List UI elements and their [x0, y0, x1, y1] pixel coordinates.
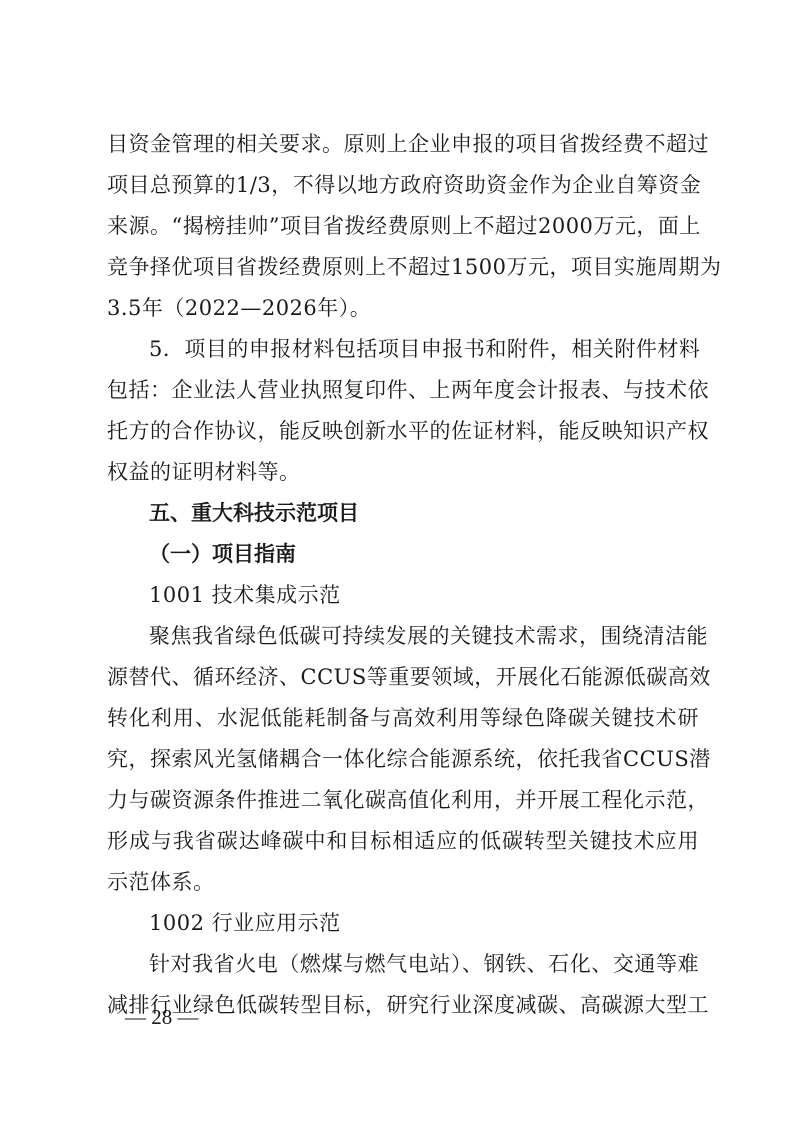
- text-line: 包括：企业法人营业执照复印件、上两年度会计报表、与技术依: [107, 370, 699, 411]
- page-number: — 28 —: [125, 1005, 199, 1030]
- text-line: 权益的证明材料等。: [107, 452, 699, 493]
- text-line: 竞争择优项目省拨经费原则上不超过1500万元，项目实施周期为: [107, 247, 699, 288]
- text-line: 源替代、循环经济、CCUS等重要领域，开展化石能源低碳高效: [107, 657, 699, 698]
- item-heading: 1002 行业应用示范: [107, 903, 699, 944]
- text-line: 形成与我省碳达峰碳中和目标相适应的低碳转型关键技术应用: [107, 821, 699, 862]
- text-line: 来源。“揭榜挂帅”项目省拨经费原则上不超过2000万元，面上: [107, 206, 699, 247]
- text-line: 转化利用、水泥低能耗制备与高效利用等绿色降碳关键技术研: [107, 698, 699, 739]
- section-heading: 五、重大科技示范项目: [107, 493, 699, 534]
- subsection-heading: （一）项目指南: [107, 534, 699, 575]
- text-line: 3.5年（2022—2026年）。: [107, 288, 699, 329]
- text-line: 究，探索风光氢储耦合一体化综合能源系统，依托我省CCUS潜: [107, 739, 699, 780]
- item-heading: 1001 技术集成示范: [107, 575, 699, 616]
- text-line: 项目总预算的1/3，不得以地方政府资助资金作为企业自筹资金: [107, 165, 699, 206]
- text-line: 聚焦我省绿色低碳可持续发展的关键技术需求，围绕清洁能: [107, 616, 699, 657]
- text-line: 示范体系。: [107, 862, 699, 903]
- document-page: 目资金管理的相关要求。原则上企业申报的项目省拨经费不超过 项目总预算的1/3，不…: [107, 124, 699, 1026]
- text-line: 托方的合作协议，能反映创新水平的佐证材料，能反映知识产权: [107, 411, 699, 452]
- text-line: 5．项目的申报材料包括项目申报书和附件，相关附件材料: [107, 329, 699, 370]
- text-line: 目资金管理的相关要求。原则上企业申报的项目省拨经费不超过: [107, 124, 699, 165]
- text-line: 针对我省火电（燃煤与燃气电站）、钢铁、石化、交通等难: [107, 944, 699, 985]
- text-line: 力与碳资源条件推进二氧化碳高值化利用，并开展工程化示范，: [107, 780, 699, 821]
